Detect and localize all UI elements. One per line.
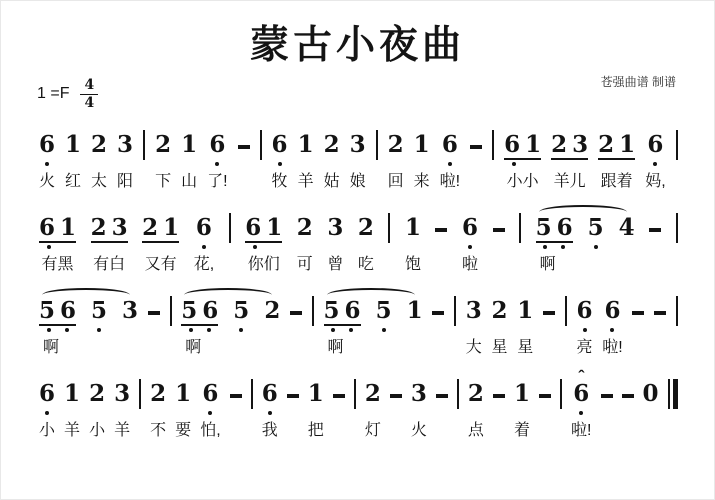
octave-dot-cell xyxy=(519,326,532,334)
note-digit: 6 xyxy=(202,299,218,323)
note-digit: 1 xyxy=(308,382,324,406)
lyric-syllable xyxy=(377,338,390,360)
dash-token xyxy=(622,372,634,398)
note-stack: 61 xyxy=(39,206,76,251)
lyric-syllable xyxy=(266,338,279,360)
octave-dot-cell xyxy=(273,160,286,168)
note-stack: 6 xyxy=(647,123,663,168)
lyric-syllable xyxy=(344,338,357,360)
octave-dot-cell xyxy=(309,409,322,417)
digit-row: 1 xyxy=(414,133,430,160)
barline xyxy=(388,206,390,243)
note-token: ˆ6啦! xyxy=(571,372,591,443)
octave-dot-cell xyxy=(152,409,165,417)
octave-dot-cell xyxy=(42,326,55,334)
lyric-row: 阳 xyxy=(117,172,133,194)
octave-dot xyxy=(382,328,386,332)
note-digit: 1 xyxy=(266,216,282,240)
note-digit: 6 xyxy=(647,133,663,157)
barline xyxy=(251,372,253,409)
digit-row: 2 xyxy=(358,216,374,243)
note-stack: ˆ6 xyxy=(573,372,589,417)
octave-dot xyxy=(349,328,353,332)
lyric-row: 啊 xyxy=(328,338,357,360)
digit-row: 1 xyxy=(517,299,533,326)
lyric-row: 花, xyxy=(194,255,214,277)
lyric-syllable: 可 xyxy=(297,255,313,277)
octave-dot-row xyxy=(183,160,196,168)
octave-dot-row xyxy=(575,409,588,417)
note-token: 2灯 xyxy=(365,372,381,443)
note-digit: 6 xyxy=(557,216,573,240)
barline xyxy=(170,289,172,326)
lyric-syllable xyxy=(620,255,633,277)
note-digit: 1 xyxy=(163,216,179,240)
octave-dot-cell xyxy=(327,326,340,334)
barline xyxy=(457,372,459,409)
note-stack: 3 xyxy=(350,123,366,168)
note-stack: 6 xyxy=(209,123,225,168)
slur-arc xyxy=(42,288,130,302)
octave-dot-cell xyxy=(359,243,372,251)
note-digit: 6 xyxy=(209,133,225,157)
note-stack: 3 xyxy=(114,372,130,417)
lyric-syllable: 灯 xyxy=(365,421,381,443)
eighth-beam: 23 xyxy=(551,133,588,160)
lyric-row: 点 xyxy=(468,421,484,443)
note-stack: 6 xyxy=(604,289,620,334)
octave-dot-cell xyxy=(177,409,190,417)
lyric-syllable: 着 xyxy=(617,172,633,194)
note-digit: 6 xyxy=(245,216,261,240)
digit-row: 2 xyxy=(388,133,404,160)
note-stack: 1 xyxy=(65,123,81,168)
octave-dot-cell xyxy=(266,243,279,251)
octave-dot-cell xyxy=(116,409,129,417)
octave-dot-row xyxy=(124,326,137,334)
dash-token xyxy=(632,289,644,315)
lyric-syllable: 怕, xyxy=(200,421,220,443)
note-stack: 1 xyxy=(298,123,314,168)
note-token: 6牧 xyxy=(272,123,288,194)
octave-dot-cell xyxy=(60,243,73,251)
digit-row: 2 xyxy=(155,133,171,160)
sheet-music-page: 蒙古小夜曲 1 =F 4 4 苍强曲谱 制谱 6火1红2太3阳2下1山6了!6牧… xyxy=(0,0,715,500)
lyric-row: 啊 xyxy=(43,338,72,360)
note-stack: 6 xyxy=(196,206,212,251)
barline-stroke xyxy=(139,379,141,409)
lyric-row: 羊 xyxy=(114,421,130,443)
digit-row: 6 xyxy=(209,133,225,160)
octave-dot xyxy=(239,328,243,332)
octave-dot-row xyxy=(197,243,210,251)
octave-dot-cell xyxy=(41,409,54,417)
octave-dot xyxy=(653,162,657,166)
digit-row: 6 xyxy=(442,133,458,160)
octave-dot xyxy=(65,328,69,332)
octave-dot-row xyxy=(66,409,79,417)
octave-dot-row xyxy=(519,326,532,334)
lyric-syllable: 你 xyxy=(248,255,264,277)
digit-row: 1 xyxy=(65,133,81,160)
note-token: 2太 xyxy=(91,123,107,194)
note-digit: 6 xyxy=(462,216,478,240)
digit-row: 1 xyxy=(308,382,324,409)
octave-dot-cell xyxy=(412,409,425,417)
barline-stroke xyxy=(143,130,145,160)
note-digit: 5 xyxy=(233,299,249,323)
note-token: 1把 xyxy=(308,372,324,443)
lyric-row: 饱 xyxy=(405,255,421,277)
octave-dot-row xyxy=(119,160,132,168)
note-token: 3娘 xyxy=(350,123,366,194)
digit-row: 2 xyxy=(89,382,105,409)
note-stack: 0 xyxy=(643,372,659,417)
digit-row: 3 xyxy=(466,299,482,326)
dash-token xyxy=(435,206,447,232)
octave-dot-row xyxy=(204,409,217,417)
octave-dot-cell xyxy=(93,326,106,334)
note-token: 6啦 xyxy=(462,206,478,277)
octave-dot-row xyxy=(327,326,358,334)
dash-token xyxy=(539,372,551,398)
note-stack: 6 xyxy=(39,372,55,417)
digit-row: 3 xyxy=(411,382,427,409)
duration-dash xyxy=(622,394,634,398)
lyric-syllable: 小 xyxy=(523,172,539,194)
note-token: 1山 xyxy=(181,123,197,194)
lyric-syllable: 娘 xyxy=(350,172,366,194)
beam-group: 61你们 xyxy=(245,206,282,277)
note-stack: 2 xyxy=(155,123,171,168)
note-digit: 1 xyxy=(65,133,81,157)
note-token: 1羊 xyxy=(298,123,314,194)
octave-dot xyxy=(47,328,51,332)
duration-dash xyxy=(333,394,345,398)
note-stack: 6 xyxy=(462,206,478,251)
note-digit: 3 xyxy=(114,382,130,406)
note-stack: 2 xyxy=(89,372,105,417)
note-stack: 1 xyxy=(514,372,530,417)
octave-dot-row xyxy=(298,243,311,251)
dash-token xyxy=(390,372,402,398)
octave-dot-cell xyxy=(539,243,552,251)
note-stack: 2 xyxy=(297,206,313,251)
lyric-syllable: 儿 xyxy=(570,172,586,194)
octave-dot-row xyxy=(211,160,224,168)
octave-dot xyxy=(468,245,472,249)
note-stack: 2 xyxy=(358,206,374,251)
duration-dash xyxy=(649,228,661,232)
note-digit: 6 xyxy=(39,133,55,157)
note-stack: 6 xyxy=(262,372,278,417)
duration-dash xyxy=(432,311,444,315)
lyric-row xyxy=(124,338,137,360)
note-token: 6小 xyxy=(39,372,55,443)
lyric-row: 星 xyxy=(517,338,533,360)
note-stack: 1 xyxy=(405,206,421,251)
note-digit: 5 xyxy=(376,299,392,323)
lyric-row: 啊 xyxy=(540,255,569,277)
lyric-syllable xyxy=(93,338,106,360)
octave-dot-cell xyxy=(60,326,73,334)
note-digit: 2 xyxy=(492,299,508,323)
barline xyxy=(143,123,145,160)
octave-dot-cell xyxy=(469,409,482,417)
note-stack: 61 xyxy=(245,206,282,251)
lyric-row: 我 xyxy=(262,421,278,443)
octave-dot-cell xyxy=(112,243,125,251)
octave-dot-row xyxy=(606,326,619,334)
note-stack: 3 xyxy=(117,123,133,168)
digit-row: 1 xyxy=(405,216,421,243)
beam-group: 61小小 xyxy=(504,123,541,194)
note-digit: 3 xyxy=(117,133,133,157)
lyric-row: 啦! xyxy=(440,172,460,194)
note-stack: 6 xyxy=(39,123,55,168)
note-token: 1着 xyxy=(514,372,530,443)
digit-row: 3 xyxy=(114,382,130,409)
lyric-row xyxy=(235,338,248,360)
duration-dash xyxy=(230,394,242,398)
octave-dot-cell xyxy=(493,326,506,334)
beam-group: 61有黑 xyxy=(39,206,76,277)
digit-row: 6 xyxy=(647,133,663,160)
meter-denominator: 4 xyxy=(80,96,98,111)
octave-dot-row xyxy=(266,326,279,334)
barline xyxy=(676,206,678,243)
time-signature: 4 4 xyxy=(80,78,98,110)
octave-dot-row xyxy=(177,409,190,417)
note-token: 3火 xyxy=(411,372,427,443)
barline xyxy=(560,372,562,409)
note-digit: 6 xyxy=(604,299,620,323)
octave-dot-row xyxy=(299,160,312,168)
octave-dot-cell xyxy=(575,409,588,417)
octave-dot xyxy=(45,162,49,166)
note-token: 3曾 xyxy=(327,206,343,277)
barline xyxy=(260,123,262,160)
beam-group: 21跟着 xyxy=(598,123,635,194)
digit-row: 6 xyxy=(272,133,288,160)
lyric-syllable: 啦! xyxy=(602,338,622,360)
score-line: 56啊5356啊5256啊513大2星1星6亮6啦! xyxy=(39,289,678,360)
digit-row: 6 xyxy=(462,216,478,243)
note-token: 6怕, xyxy=(200,372,220,443)
octave-dot-row xyxy=(515,409,528,417)
score-area: 6火1红2太3阳2下1山6了!6牧1羊2姑3娘2回1来6啦!61小小23羊儿21… xyxy=(1,111,714,443)
note-stack: 1 xyxy=(414,123,430,168)
dash-token xyxy=(148,289,160,315)
digit-row: 2 xyxy=(324,133,340,160)
octave-dot-row xyxy=(406,243,419,251)
octave-dot-row xyxy=(91,409,104,417)
note-digit: 2 xyxy=(89,382,105,406)
digit-row: 4 xyxy=(619,216,635,243)
octave-dot-row xyxy=(235,326,248,334)
octave-dot-cell xyxy=(67,160,80,168)
eighth-beam: 61 xyxy=(245,216,282,243)
octave-dot-row xyxy=(601,160,632,168)
octave-dot-row xyxy=(366,409,379,417)
barline-stroke xyxy=(312,296,314,326)
lyric-row xyxy=(93,338,106,360)
lyric-syllable: 阳 xyxy=(117,172,133,194)
note-digit: 2 xyxy=(142,216,158,240)
slur-arc xyxy=(539,205,627,219)
lyric-row: 了! xyxy=(207,172,227,194)
lyric-syllable xyxy=(644,421,657,443)
note-digit: 3 xyxy=(112,216,128,240)
octave-dot-row xyxy=(116,409,129,417)
note-digit: 6 xyxy=(345,299,361,323)
octave-dot-cell xyxy=(525,160,538,168)
lyric-row: 太 xyxy=(91,172,107,194)
digit-row: 6 xyxy=(262,382,278,409)
dash-token xyxy=(543,289,555,315)
barline xyxy=(454,289,456,326)
octave-dot-row xyxy=(469,409,482,417)
octave-dot-cell xyxy=(299,160,312,168)
octave-dot-cell xyxy=(649,160,662,168)
note-token: 1要 xyxy=(175,372,191,443)
note-token: 1红 xyxy=(65,123,81,194)
digit-row: 5 xyxy=(233,299,249,326)
octave-dot-row xyxy=(539,243,570,251)
key-signature: 1 =F 4 4 xyxy=(37,78,98,110)
note-token: 1饱 xyxy=(405,206,421,277)
octave-dot xyxy=(208,411,212,415)
lyric-syllable: 啊 xyxy=(540,255,556,277)
octave-dot xyxy=(561,245,565,249)
octave-dot-row xyxy=(94,243,125,251)
note-digit: 1 xyxy=(407,299,423,323)
octave-dot-cell xyxy=(329,243,342,251)
note-token: 2不 xyxy=(150,372,166,443)
digit-row: 2 xyxy=(365,382,381,409)
octave-dot-row xyxy=(248,243,279,251)
octave-dot xyxy=(594,245,598,249)
lyric-row: 吃 xyxy=(358,255,374,277)
barline xyxy=(676,123,678,160)
digit-row: 2 xyxy=(492,299,508,326)
octave-dot-row xyxy=(443,160,456,168)
note-digit: 6 xyxy=(573,382,589,406)
lyric-syllable: 我 xyxy=(262,421,278,443)
dash-token xyxy=(238,123,250,149)
lyric-syllable: 星 xyxy=(492,338,508,360)
note-digit: 2 xyxy=(388,133,404,157)
dash-token xyxy=(287,372,299,398)
octave-dot-cell xyxy=(42,243,55,251)
note-digit: 3 xyxy=(327,216,343,240)
note-stack: 3 xyxy=(466,289,482,334)
octave-dot xyxy=(215,162,219,166)
octave-dot xyxy=(207,328,211,332)
duration-dash xyxy=(238,145,250,149)
note-digit: 0 xyxy=(643,382,659,406)
digit-row: 6 xyxy=(196,216,212,243)
octave-dot-cell xyxy=(41,160,54,168)
digit-row: 6 xyxy=(39,133,55,160)
duration-dash xyxy=(493,394,505,398)
note-token: 2吃 xyxy=(358,206,374,277)
note-token: 6亮 xyxy=(577,289,593,360)
digit-row: 3 xyxy=(327,216,343,243)
note-stack: 6 xyxy=(577,289,593,334)
octave-dot-row xyxy=(145,243,176,251)
digit-row: 6 xyxy=(202,382,218,409)
octave-dot-cell xyxy=(601,160,614,168)
note-digit: 1 xyxy=(619,133,635,157)
barline-stroke xyxy=(676,213,678,243)
note-token: 6了! xyxy=(207,123,227,194)
lyric-syllable: 啦! xyxy=(440,172,460,194)
eighth-beam: 56 xyxy=(324,299,361,326)
lyric-syllable: 来 xyxy=(414,172,430,194)
digit-row: 5 xyxy=(376,299,392,326)
eighth-beam: 56 xyxy=(536,216,573,243)
score-line: 6小1羊2小3羊2不1要6怕,6我1把2灯3火2点1着ˆ6啦!0 xyxy=(39,372,678,443)
lyric-syllable: 羊 xyxy=(114,421,130,443)
eighth-beam: 23 xyxy=(91,216,128,243)
note-token: 2下 xyxy=(155,123,171,194)
lyric-syllable xyxy=(124,338,137,360)
note-token: 2回 xyxy=(388,123,404,194)
lyric-syllable: 曾 xyxy=(327,255,343,277)
duration-dash xyxy=(390,394,402,398)
slur-group: 56啊54 xyxy=(536,206,635,277)
barline xyxy=(565,289,567,326)
lyric-row: 火 xyxy=(411,421,427,443)
lyric-syllable xyxy=(201,338,214,360)
lyric-syllable: 红 xyxy=(65,172,81,194)
lyric-row xyxy=(408,338,421,360)
duration-dash xyxy=(436,394,448,398)
duration-dash xyxy=(543,311,555,315)
note-digit: 2 xyxy=(155,133,171,157)
lyric-syllable: 白 xyxy=(109,255,125,277)
octave-dot-cell xyxy=(351,160,364,168)
digit-row: 6 xyxy=(604,299,620,326)
beam-group: 23羊儿 xyxy=(551,123,588,194)
note-digit: 2 xyxy=(297,216,313,240)
lyric-row: 大 xyxy=(466,338,482,360)
barline xyxy=(229,206,231,243)
lyric-syllable: 回 xyxy=(388,172,404,194)
lyric-syllable: 黑 xyxy=(58,255,74,277)
note-digit: 2 xyxy=(91,216,107,240)
barline xyxy=(519,206,521,243)
lyric-syllable: 亮 xyxy=(577,338,593,360)
note-token: 3阳 xyxy=(117,123,133,194)
lyric-row: 回 xyxy=(388,172,404,194)
lyric-syllable xyxy=(408,338,421,360)
barline-thin xyxy=(668,379,670,409)
octave-dot-cell xyxy=(163,243,176,251)
note-digit: 6 xyxy=(39,382,55,406)
note-token: 1羊 xyxy=(64,372,80,443)
note-digit: 3 xyxy=(466,299,482,323)
lyric-syllable: 吃 xyxy=(358,255,374,277)
octave-dot-cell xyxy=(157,160,170,168)
lyric-row: 红 xyxy=(65,172,81,194)
octave-dot-cell xyxy=(345,326,358,334)
note-digit: 2 xyxy=(150,382,166,406)
slur-group: 56啊53 xyxy=(39,289,138,360)
lyric-syllable: 啦 xyxy=(462,255,478,277)
digit-row: 5 xyxy=(588,216,604,243)
